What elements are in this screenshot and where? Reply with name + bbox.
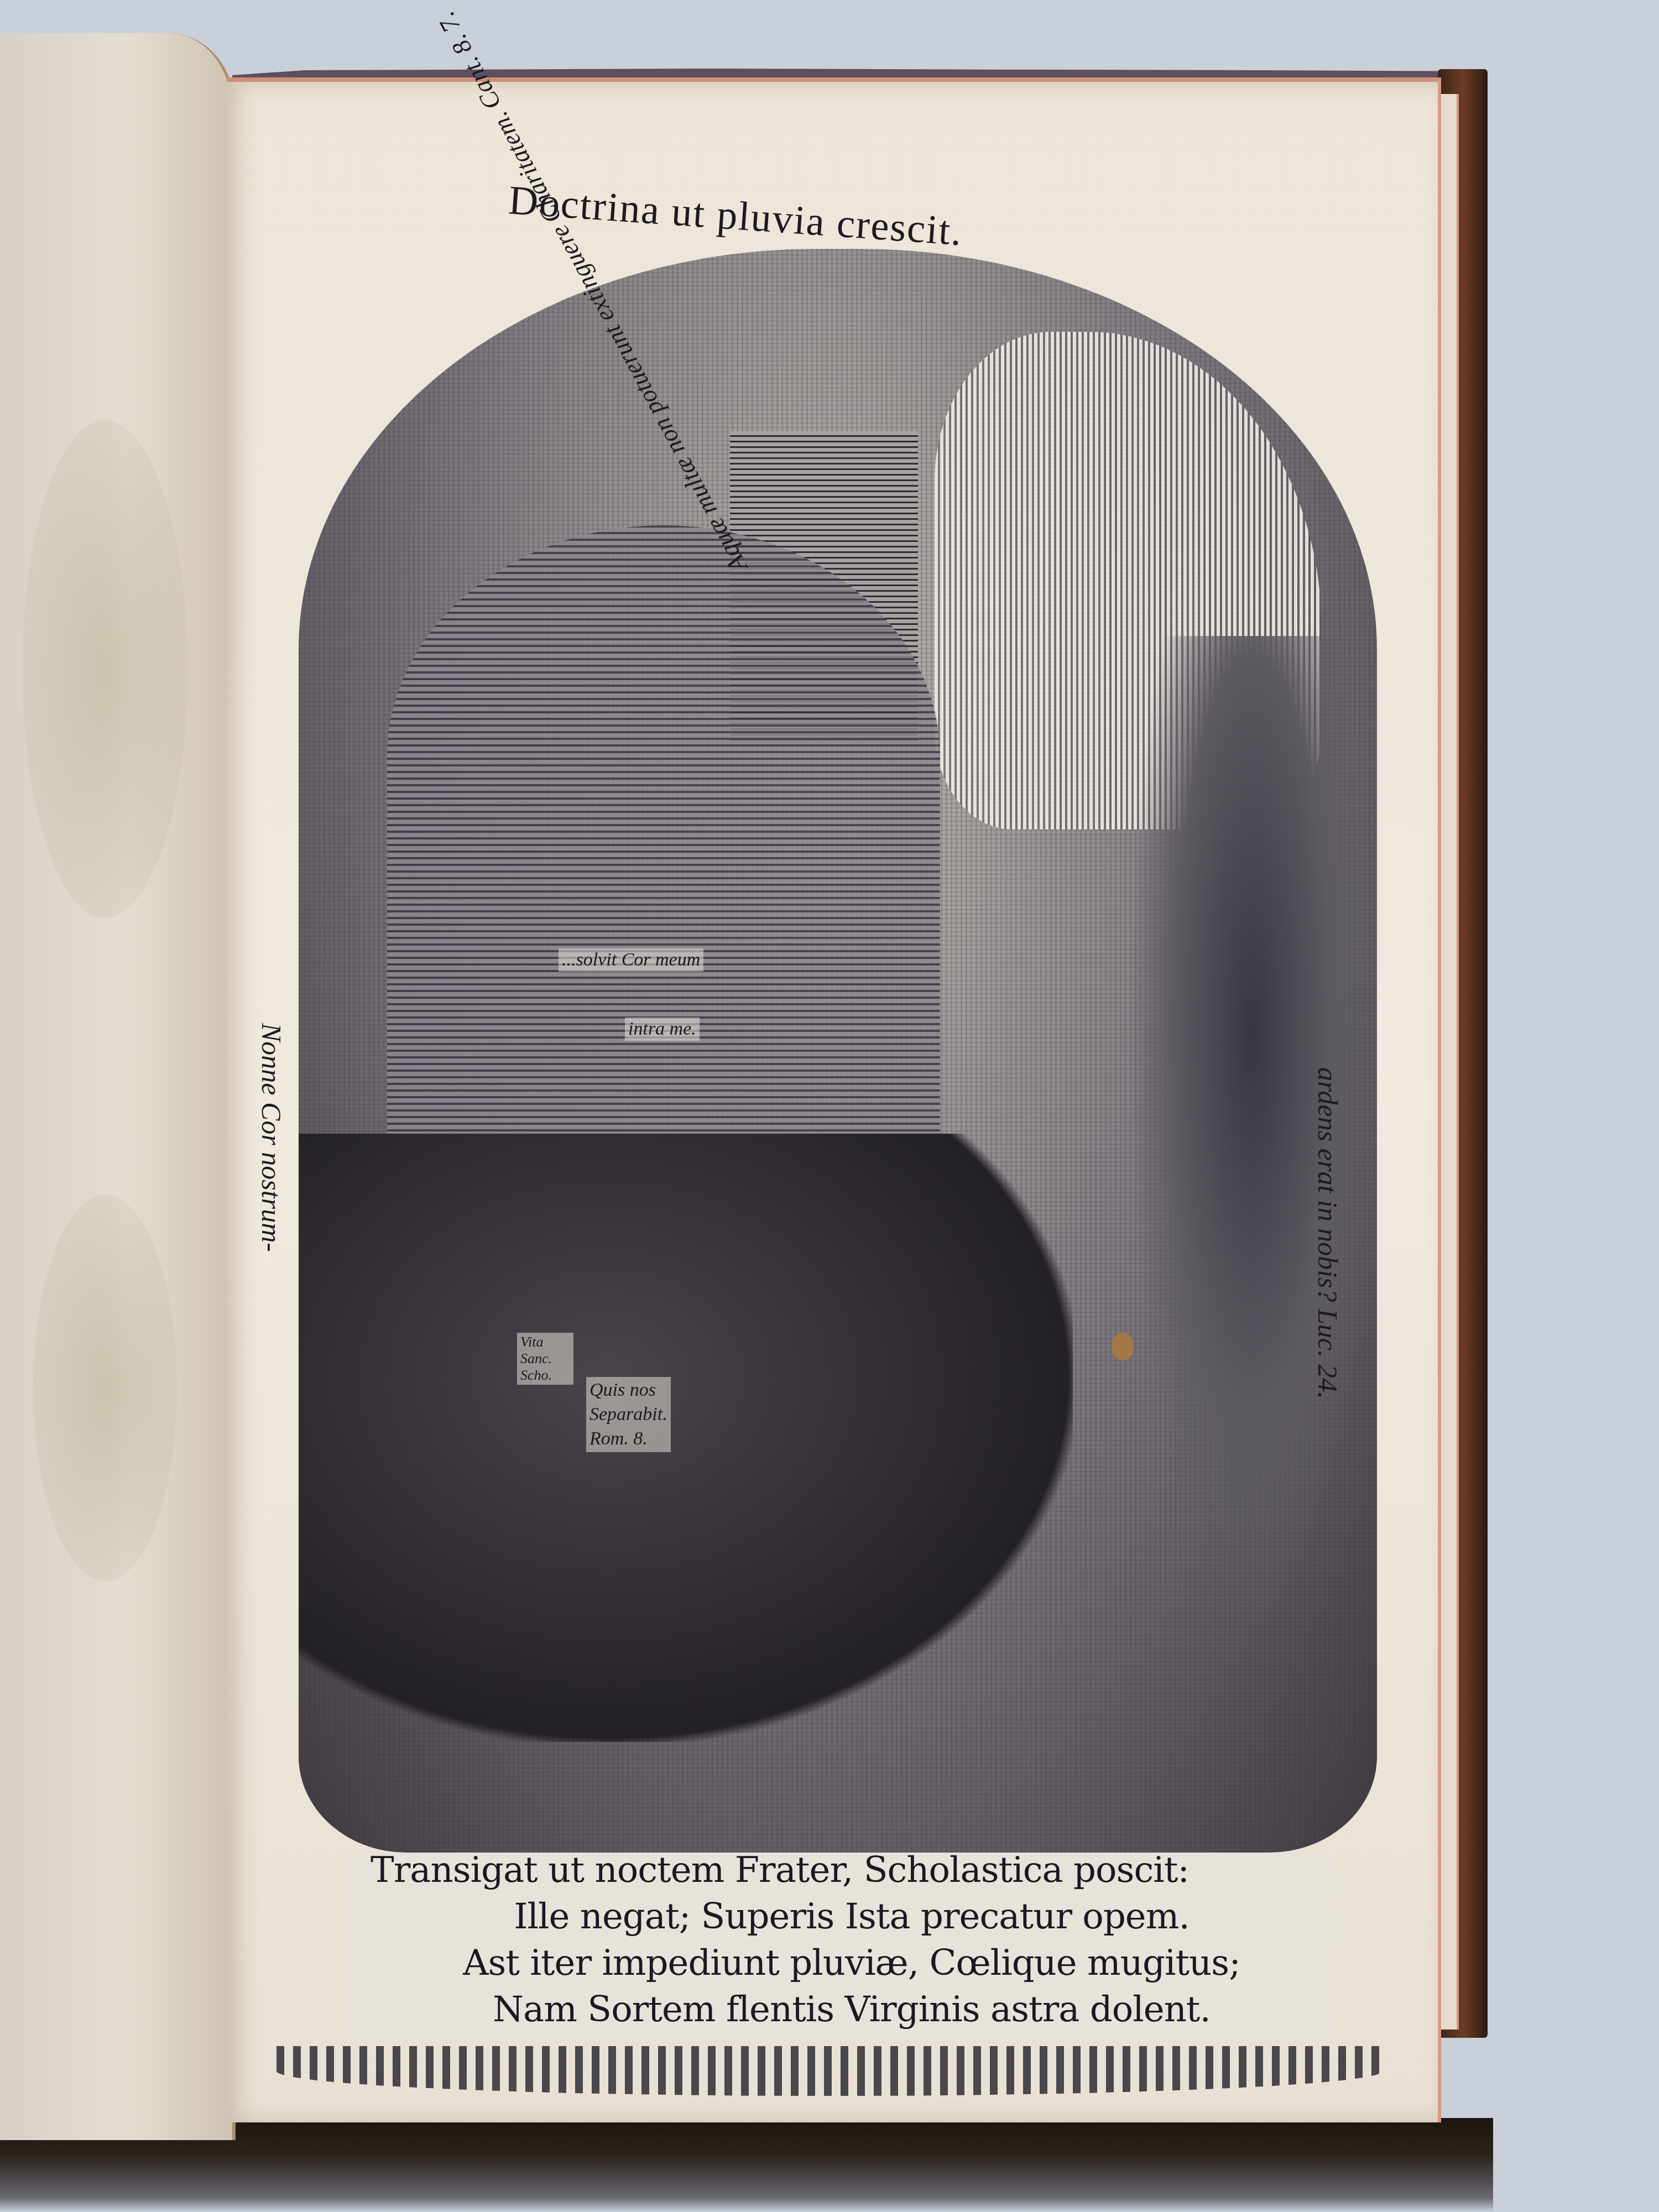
held-book-inscription: Vita Sanc. Scho.: [517, 1333, 573, 1385]
engraving-illustration: [299, 249, 1377, 1853]
scroll-line: Quis nos: [589, 1378, 667, 1402]
left-facing-page: [0, 33, 236, 2140]
verse-line: Nam Sortem flentis Virginis astra dolent…: [365, 1986, 1338, 2033]
arch-banner-inscription-2: intra me.: [625, 1018, 700, 1041]
foxing-stain: [22, 420, 188, 918]
latin-verse: Transigat ut noctem Frater, Scholastica …: [365, 1847, 1338, 2033]
margin-text-left-vertical: Nonne Cor nostrum-: [255, 1023, 288, 1797]
scroll-inscription: Quis nos Separabit. Rom. 8.: [586, 1377, 671, 1452]
rococo-bottom-border: [276, 2046, 1383, 2096]
saints-and-nuns-group: [299, 1134, 1073, 1742]
verse-line: Ast iter impediunt pluviæ, Cœlique mugit…: [365, 1940, 1338, 1986]
arch-banner-inscription: ...solvit Cor meum: [559, 948, 703, 972]
scroll-line: Separabit.: [589, 1402, 667, 1427]
brown-stain: [1112, 1333, 1134, 1360]
scroll-line: Rom. 8.: [589, 1427, 667, 1451]
verse-line: Ille negat; Superis Ista precatur opem.: [365, 1893, 1338, 1940]
verse-line: Transigat ut noctem Frater, Scholastica …: [365, 1847, 1338, 1893]
foxing-stain: [33, 1194, 177, 1582]
margin-text-right-vertical: ardens erat in nobis? Luc. 24.: [1312, 1067, 1344, 1399]
